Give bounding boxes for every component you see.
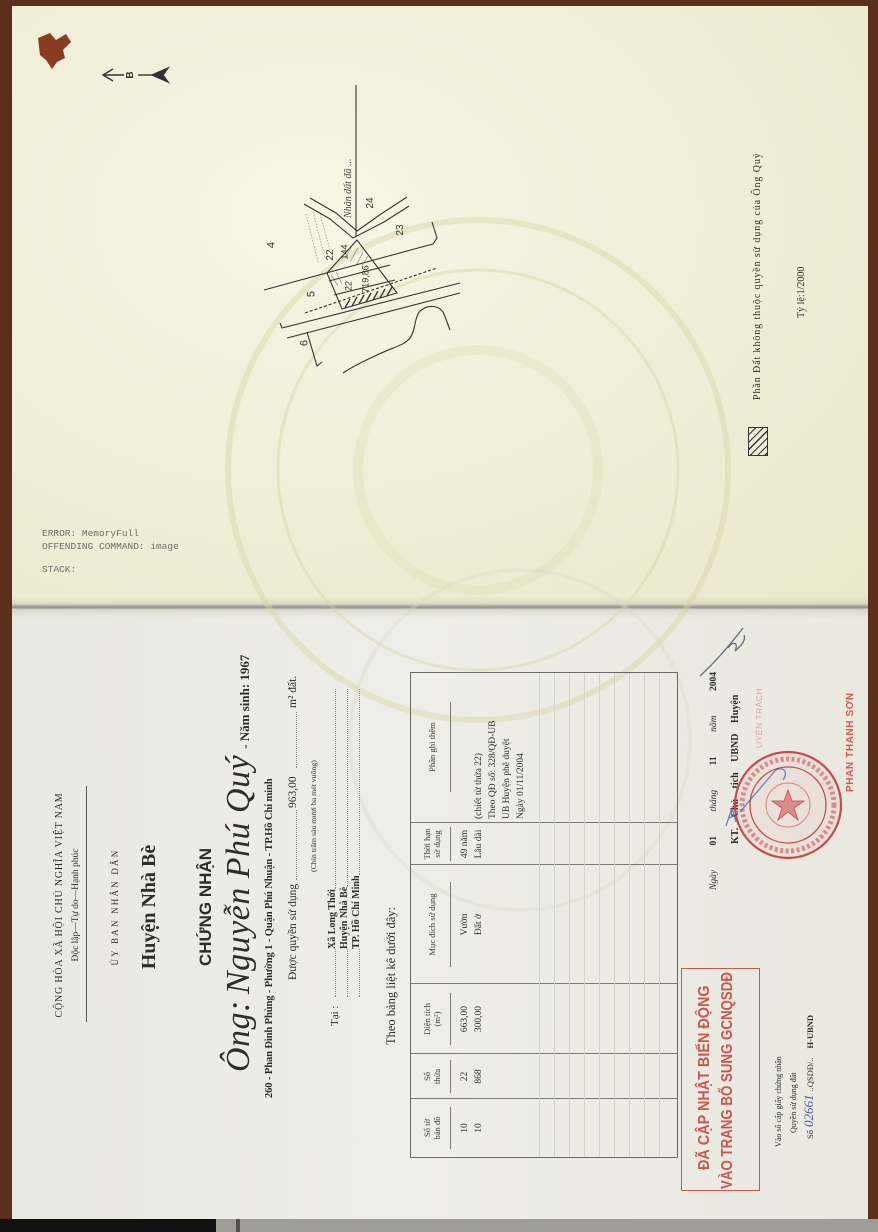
official-seal-icon bbox=[0, 0, 878, 1232]
registry-office: H-UBND bbox=[805, 1015, 815, 1049]
registry-number-line: Số 02661 ..QSDĐ/.. H-UBND bbox=[801, 1015, 816, 1139]
registry-line: Quyền sử dụng đất bbox=[789, 1072, 799, 1133]
registry-number-label: Số bbox=[805, 1130, 815, 1139]
signatory-name: PHAN THANH SƠN bbox=[845, 692, 857, 792]
registry-line: Vào sổ cấp giấy chứng nhận bbox=[774, 1056, 784, 1147]
registry-suffix: ..QSDĐ/.. bbox=[805, 1058, 815, 1092]
registry-number: 02661 bbox=[801, 1095, 817, 1128]
